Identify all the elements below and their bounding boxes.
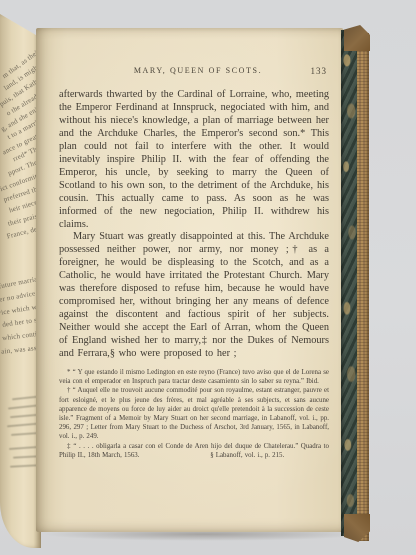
facing-page-text-fragment: which conti (2, 330, 38, 342)
facing-page-text-fragment: France, de (6, 225, 38, 240)
paragraph: afterwards thwarted by the Cardinal of L… (59, 89, 329, 231)
facing-page-blurred-line (13, 455, 38, 458)
cover-marbled-edge (341, 30, 358, 536)
page-header: MARY, QUEEN OF SCOTS. 133 (59, 66, 329, 80)
footnote-last-row: ‡ “ . . . . obligarla a casar con el Con… (59, 442, 329, 460)
facing-page-blurred-line (12, 396, 38, 401)
facing-page-text-fragment: vice which w (0, 303, 38, 317)
footnote-asterisk: * “ Y que estando il mismo Ledington en … (59, 368, 329, 386)
facing-page-text-fragment: her no advice, (0, 289, 38, 304)
facing-page-blurred-line (9, 446, 38, 450)
cover-corner-top (344, 25, 370, 51)
footnote-section-mark: § Labanoff, vol. i., p. 215. (210, 451, 284, 460)
facing-page-text-fragment: ain, was ass (1, 344, 37, 356)
facing-page-blurred-line (8, 404, 38, 409)
page-number: 133 (311, 66, 328, 76)
facing-page-blurred-line (11, 432, 38, 436)
running-title: MARY, QUEEN OF SCOTS. (134, 66, 262, 75)
facing-page-blurred-line (10, 414, 38, 418)
facing-page-blurred-line (7, 423, 38, 428)
book-photograph: or m that, as thei land, is migh puis, t… (0, 0, 416, 555)
book-page: MARY, QUEEN OF SCOTS. 133 afterwards thw… (36, 28, 344, 532)
facing-page-text-fragment: ded her to s (2, 316, 38, 329)
page-text-area: MARY, QUEEN OF SCOTS. 133 afterwards thw… (59, 66, 329, 460)
cover-cloth-edge (357, 33, 369, 541)
paragraph: Mary Stuart was greatly disappointed at … (59, 231, 329, 361)
footnotes-section: * “ Y que estando il mismo Ledington en … (59, 368, 329, 460)
footnote-double-dagger: ‡ “ . . . . obligarla a casar con el Con… (59, 442, 329, 460)
facing-page-edge: or m that, as thei land, is migh puis, t… (0, 14, 41, 548)
body-text: afterwards thwarted by the Cardinal of L… (59, 89, 329, 361)
facing-page-blurred-line (10, 464, 38, 467)
footnote-dagger: † “ Auquel elle ne trouvoit aucune commo… (59, 386, 329, 441)
facing-page-text-fragment: future marria (0, 275, 38, 290)
